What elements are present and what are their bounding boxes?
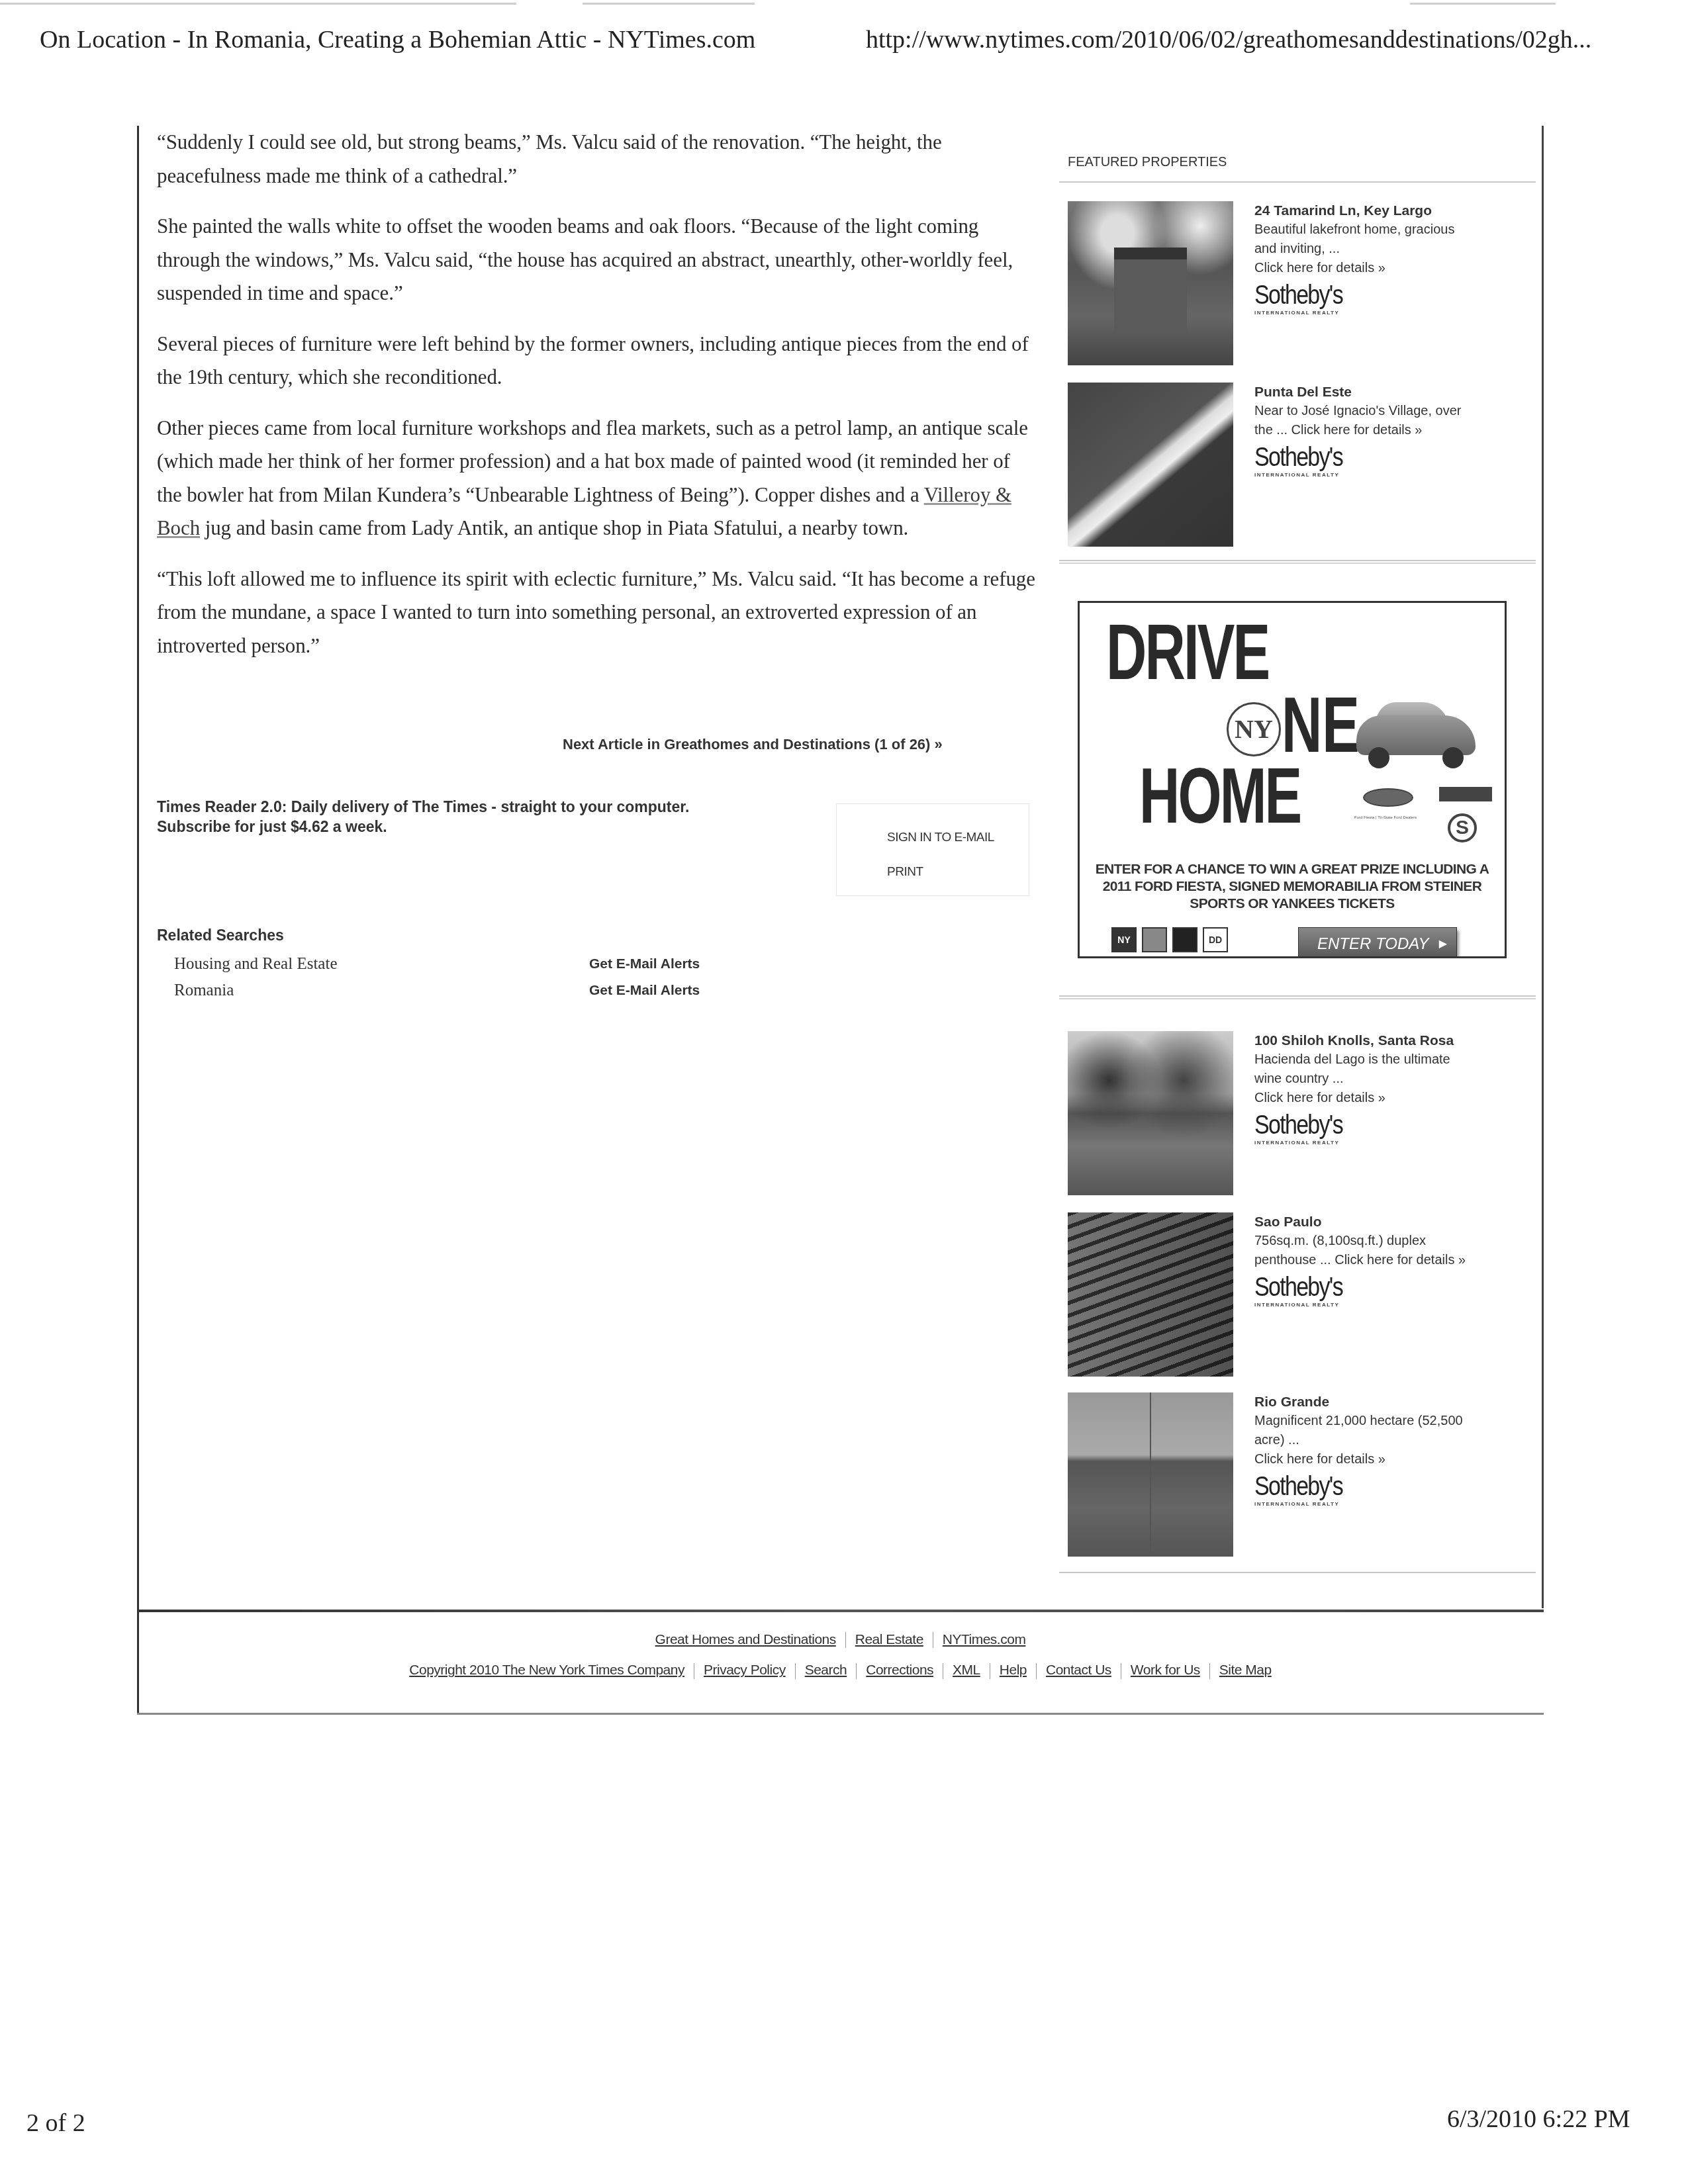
ad-headline-drive: DRIVE	[1106, 616, 1268, 689]
property-listing[interactable]: Punta Del Este Near to José Ignacio's Vi…	[1068, 383, 1534, 548]
property-name[interactable]: 24 Tamarind Ln, Key Largo	[1254, 201, 1473, 220]
sothebys-logo: Sotheby's INTERNATIONAL REALTY	[1254, 1472, 1473, 1507]
yankees-logo-icon: NY	[1227, 702, 1281, 756]
footer-link-great-homes[interactable]: Great Homes and Destinations	[655, 1632, 836, 1647]
scan-artifact	[1410, 3, 1556, 5]
runner-icon	[1142, 927, 1167, 952]
property-details-link[interactable]: Click here for details »	[1335, 1253, 1466, 1267]
ad-offer-text: ENTER FOR A CHANCE TO WIN A GREAT PRIZE …	[1080, 861, 1505, 913]
related-search-row: Romania Get E-Mail Alerts	[157, 981, 951, 1008]
frame-border-left	[137, 126, 139, 1714]
email-alerts-link[interactable]: Get E-Mail Alerts	[589, 983, 700, 999]
sothebys-logo: Sotheby's INTERNATIONAL REALTY	[1254, 443, 1473, 478]
property-details-link[interactable]: Click here for details »	[1291, 423, 1423, 437]
article-paragraph: “This loft allowed me to influence its s…	[157, 563, 1037, 663]
steiner-s-logo-icon: S	[1448, 813, 1477, 842]
next-article-link[interactable]: Next Article in Greathomes and Destinati…	[563, 736, 943, 753]
divider	[1059, 560, 1536, 564]
property-description: Magnificent 21,000 hectare (52,500 acre)…	[1254, 1412, 1473, 1450]
ford-caption: Ford Fiesta | Tri-State Ford Dealers	[1354, 816, 1417, 820]
steiner-logo-icon	[1439, 787, 1492, 801]
scan-artifact	[0, 3, 516, 5]
sothebys-logo: Sotheby's INTERNATIONAL REALTY	[1254, 1111, 1473, 1146]
property-details-link[interactable]: Click here for details »	[1254, 259, 1473, 278]
footer-bottom-border	[137, 1713, 1544, 1715]
enter-today-button[interactable]: ENTER TODAY ▶	[1298, 927, 1457, 958]
promo-line-2: Subscribe for just $4.62 a week.	[157, 817, 819, 837]
page-url: http://www.nytimes.com/2010/06/02/greath…	[866, 25, 1591, 54]
property-listing[interactable]: 24 Tamarind Ln, Key Largo Beautiful lake…	[1068, 201, 1534, 367]
sothebys-logo: Sotheby's INTERNATIONAL REALTY	[1254, 1273, 1473, 1308]
related-topic-link[interactable]: Romania	[174, 981, 234, 1000]
footer-link-real-estate[interactable]: Real Estate	[855, 1632, 923, 1647]
footer-link-privacy[interactable]: Privacy Policy	[704, 1662, 786, 1678]
ford-logo-icon	[1363, 788, 1413, 807]
footer-link-work-for-us[interactable]: Work for Us	[1131, 1662, 1200, 1678]
dunkin-caption: AMERICA RUNS ON DUNKIN'	[1111, 958, 1191, 958]
property-description: Beautiful lakefront home, gracious and i…	[1254, 220, 1473, 259]
related-search-row: Housing and Real Estate Get E-Mail Alert…	[157, 955, 951, 981]
footer-link-copyright[interactable]: Copyright 2010 The New York Times Compan…	[409, 1662, 684, 1678]
email-alerts-link[interactable]: Get E-Mail Alerts	[589, 956, 700, 972]
property-listing[interactable]: 100 Shiloh Knolls, Santa Rosa Hacienda d…	[1068, 1031, 1534, 1197]
divider	[1059, 995, 1536, 999]
paragraph-text: Other pieces came from local furniture w…	[157, 416, 1028, 506]
property-photo[interactable]	[1068, 1392, 1233, 1557]
scan-artifact	[583, 3, 755, 5]
paragraph-text: jug and basin came from Lady Antik, an a…	[200, 516, 908, 539]
property-listing[interactable]: Rio Grande Magnificent 21,000 hectare (5…	[1068, 1392, 1534, 1558]
footer-section-links: Great Homes and DestinationsReal EstateN…	[137, 1632, 1544, 1648]
footer-link-search[interactable]: Search	[805, 1662, 847, 1678]
times-reader-promo[interactable]: Times Reader 2.0: Daily delivery of The …	[157, 797, 819, 837]
print-datetime: 6/3/2010 6:22 PM	[1447, 2105, 1630, 2134]
yankees-icon: NY	[1111, 927, 1137, 952]
print-button[interactable]: PRINT	[887, 865, 923, 880]
dunkin-cup-icon	[1172, 927, 1197, 952]
article-body: “Suddenly I could see old, but strong be…	[157, 126, 1037, 680]
print-header: On Location - In Romania, Creating a Boh…	[0, 25, 1688, 65]
footer-corporate-links: Copyright 2010 The New York Times Compan…	[137, 1662, 1544, 1678]
related-searches: Related Searches Housing and Real Estate…	[157, 927, 951, 1008]
property-name[interactable]: 100 Shiloh Knolls, Santa Rosa	[1254, 1031, 1473, 1050]
enter-today-label: ENTER TODAY	[1317, 935, 1429, 953]
footer-divider	[137, 1610, 1544, 1612]
property-name[interactable]: Rio Grande	[1254, 1392, 1473, 1412]
property-info: Punta Del Este Near to José Ignacio's Vi…	[1254, 383, 1473, 478]
page-title: On Location - In Romania, Creating a Boh…	[40, 25, 755, 54]
property-photo[interactable]	[1068, 383, 1233, 547]
property-name[interactable]: Punta Del Este	[1254, 383, 1473, 402]
promo-line-1: Times Reader 2.0: Daily delivery of The …	[157, 797, 819, 817]
car-image	[1350, 696, 1482, 768]
footer-link-nytimes[interactable]: NYTimes.com	[943, 1632, 1026, 1647]
article-paragraph: She painted the walls white to offset th…	[157, 210, 1037, 310]
divider	[1059, 181, 1536, 183]
related-topic-link[interactable]: Housing and Real Estate	[174, 955, 337, 974]
article-paragraph: “Suddenly I could see old, but strong be…	[157, 126, 1037, 193]
property-photo[interactable]	[1068, 1212, 1233, 1377]
footer-link-site-map[interactable]: Site Map	[1219, 1662, 1272, 1678]
property-photo[interactable]	[1068, 1031, 1233, 1195]
article-paragraph: Other pieces came from local furniture w…	[157, 412, 1037, 545]
property-info: 100 Shiloh Knolls, Santa Rosa Hacienda d…	[1254, 1031, 1473, 1146]
featured-properties-heading: FEATURED PROPERTIES	[1068, 155, 1227, 170]
related-searches-heading: Related Searches	[157, 927, 951, 944]
ad-headline-one: NE	[1282, 689, 1360, 762]
ad-headline-home: HOME	[1139, 760, 1300, 833]
divider	[1059, 1572, 1536, 1573]
site-footer: Great Homes and DestinationsReal EstateN…	[137, 1632, 1544, 1694]
sign-in-to-email-button[interactable]: SIGN IN TO E-MAIL	[887, 831, 994, 845]
property-listing[interactable]: Sao Paulo 756sq.m. (8,100sq.ft.) duplex …	[1068, 1212, 1534, 1378]
property-info: 24 Tamarind Ln, Key Largo Beautiful lake…	[1254, 201, 1473, 316]
footer-link-contact[interactable]: Contact Us	[1046, 1662, 1111, 1678]
property-details-link[interactable]: Click here for details »	[1254, 1089, 1473, 1108]
footer-link-xml[interactable]: XML	[953, 1662, 980, 1678]
page-number: 2 of 2	[26, 2109, 85, 2138]
ford-yankees-advertisement[interactable]: DRIVE NY NE HOME Ford Fiesta | Tri-State…	[1078, 601, 1507, 958]
dunkin-dd-icon: DD	[1203, 927, 1228, 952]
sothebys-logo: Sotheby's INTERNATIONAL REALTY	[1254, 281, 1473, 316]
play-arrow-icon: ▶	[1439, 928, 1447, 958]
footer-link-help[interactable]: Help	[1000, 1662, 1027, 1678]
article-paragraph: Several pieces of furniture were left be…	[157, 328, 1037, 394]
property-info: Sao Paulo 756sq.m. (8,100sq.ft.) duplex …	[1254, 1212, 1473, 1308]
property-details-link[interactable]: Click here for details »	[1254, 1450, 1473, 1469]
property-info: Rio Grande Magnificent 21,000 hectare (5…	[1254, 1392, 1473, 1507]
property-photo[interactable]	[1068, 201, 1233, 365]
share-tools: SIGN IN TO E-MAIL PRINT	[836, 803, 1029, 896]
footer-link-corrections[interactable]: Corrections	[866, 1662, 933, 1678]
property-description: Hacienda del Lago is the ultimate wine c…	[1254, 1050, 1473, 1089]
property-name[interactable]: Sao Paulo	[1254, 1212, 1473, 1232]
frame-border-right	[1542, 126, 1544, 1608]
